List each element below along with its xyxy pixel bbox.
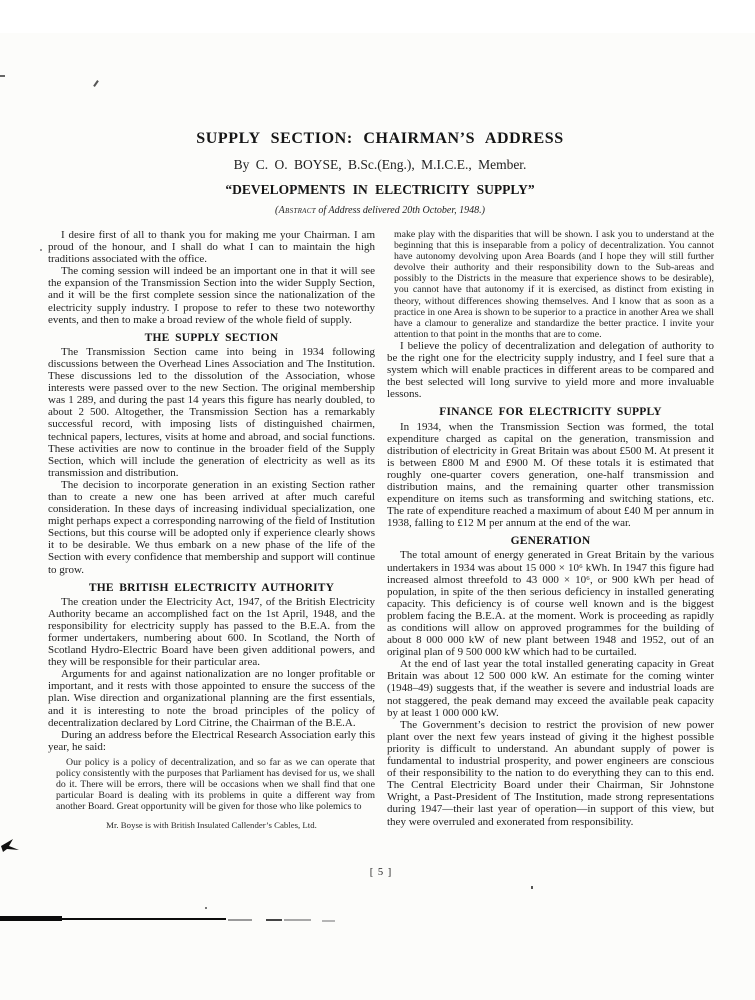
abstract-text: of Address delivered 20th October, 1948.… [316,205,485,216]
article-subtitle: “DEVELOPMENTS IN ELECTRICITY SUPPLY” [45,182,715,198]
scan-artifact-speck [93,80,99,87]
right-column: make play with the disparities that will… [387,229,714,832]
scan-artifact-speck [0,75,5,77]
section-heading-generation: GENERATION [387,535,714,547]
section-heading-supply-section: THE SUPPLY SECTION [48,332,375,344]
scan-artifact-ink-mark [0,838,20,856]
blockquote-citrine-part-1: Our policy is a policy of decentralizati… [48,757,375,812]
paragraph-belief: I believe the policy of decentralization… [387,340,714,400]
abstract-line: (Abstract of Address delivered 20th Octo… [45,205,715,216]
scan-artifact-line-thick [0,916,62,921]
paragraph-finance: In 1934, when the Transmission Section w… [387,421,714,530]
paragraph-supply-1: The Transmission Section came into being… [48,346,375,479]
paragraph-bea-1: The creation under the Electricity Act, … [48,596,375,669]
two-column-body: I desire first of all to thank you for m… [48,229,714,832]
scan-artifact-speck [40,249,42,251]
scan-artifact-dash [266,919,282,921]
article-byline: By C. O. BOYSE, B.Sc.(Eng.), M.I.C.E., M… [45,157,715,173]
left-column: I desire first of all to thank you for m… [48,229,375,832]
paragraph-generation-2: At the end of last year the total instal… [387,658,714,718]
paragraph-generation-3: The Government’s decision to restrict th… [387,719,714,828]
blockquote-citrine-part-2: make play with the disparities that will… [387,229,714,340]
paragraph-bea-2: Arguments for and against nationalizatio… [48,668,375,728]
paragraph-intro-2: The coming session will indeed be an imp… [48,265,375,325]
scan-artifact-dash [284,919,311,921]
scan-artifact-speck [531,886,533,889]
scan-artifact-dash [322,920,335,922]
scan-artifact-dash [228,919,252,921]
author-footnote: Mr. Boyse is with British Insulated Call… [48,819,375,831]
section-heading-british-electricity-authority: THE BRITISH ELECTRICITY AUTHORITY [48,582,375,594]
paragraph-generation-1: The total amount of energy generated in … [387,549,714,658]
page-number: [ 5 ] [48,867,714,878]
abstract-label: (Abstract [275,205,316,216]
paragraph-bea-3: During an address before the Electrical … [48,729,375,753]
scanned-document-page: SUPPLY SECTION: CHAIRMAN’S ADDRESS By C.… [0,0,755,1000]
article-title: SUPPLY SECTION: CHAIRMAN’S ADDRESS [45,130,715,148]
scan-artifact-speck [205,907,207,909]
paragraph-intro-1: I desire first of all to thank you for m… [48,229,375,265]
scan-top-margin [0,0,755,33]
paragraph-supply-2: The decision to incorporate generation i… [48,479,375,576]
section-heading-finance: FINANCE FOR ELECTRICITY SUPPLY [387,406,714,418]
document-header: SUPPLY SECTION: CHAIRMAN’S ADDRESS By C.… [45,130,715,216]
